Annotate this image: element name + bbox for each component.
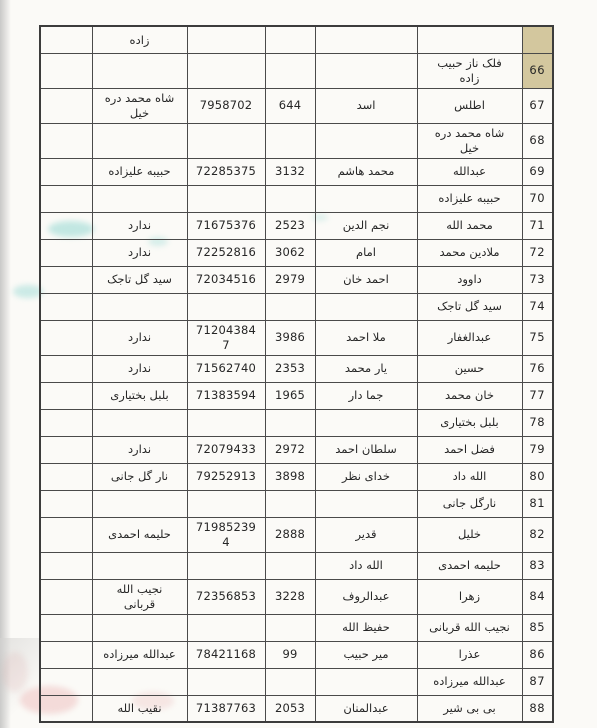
cell-empty-cell-86 (40, 641, 92, 668)
cell-name-primary-85: نجیب الله قربانی (417, 614, 522, 641)
cell-row-number-66: 66 (522, 53, 553, 88)
cell-phone-number-86: 78421168 (187, 641, 265, 668)
cell-id-number-75: 3986 (265, 320, 315, 355)
cell-row-number (522, 26, 553, 53)
cell-row-number-71: 71 (522, 212, 553, 239)
cell-phone-number-75: 71204384 7 (187, 320, 265, 355)
cell-phone-number-81 (187, 490, 265, 517)
cell-phone-number-72: 72252816 (187, 239, 265, 266)
cell-id-number-81 (265, 490, 315, 517)
cell-empty-cell-68 (40, 123, 92, 158)
table-row: 76حسینیار محمد235371562740ندارد (40, 355, 553, 382)
cell-reference-name-71: ندارد (92, 212, 187, 239)
cell-name-secondary-87 (315, 668, 417, 695)
cell-row-number-83: 83 (522, 552, 553, 579)
cell-empty-cell-82 (40, 517, 92, 552)
cell-row-number-69: 69 (522, 158, 553, 185)
scan-artifact-pink (2, 652, 28, 692)
table-row: 83حلیمه احمدیالله داد (40, 552, 553, 579)
cell-id-number-70 (265, 185, 315, 212)
cell-reference-name-74 (92, 293, 187, 320)
cell-id-number-83 (265, 552, 315, 579)
cell-reference-name-67: شاه محمد دره خیل (92, 88, 187, 123)
cell-reference-name-88: نقیب الله (92, 695, 187, 722)
cell-name-secondary-85: حفیظ الله (315, 614, 417, 641)
cell-empty-cell-74 (40, 293, 92, 320)
cell-reference-name-87 (92, 668, 187, 695)
cell-phone-number-77: 71383594 (187, 382, 265, 409)
cell-id-number-71: 2523 (265, 212, 315, 239)
cell-name-primary-70: حبیبه علیزاده (417, 185, 522, 212)
cell-reference-name-79: ندارد (92, 436, 187, 463)
cell-reference-name-69: حبیبه علیزاده (92, 158, 187, 185)
cell-name-primary-72: ملادین محمد (417, 239, 522, 266)
cell-id-number-85 (265, 614, 315, 641)
cell-id-number-69: 3132 (265, 158, 315, 185)
cell-id-number-76: 2353 (265, 355, 315, 382)
cell-phone-number-68 (187, 123, 265, 158)
cell-empty-cell-85 (40, 614, 92, 641)
cell-name-primary-68: شاه محمد دره خیل (417, 123, 522, 158)
cell-empty-cell-88 (40, 695, 92, 722)
cell-row-number-77: 77 (522, 382, 553, 409)
cell-reference-name-80: نار گل جانی (92, 463, 187, 490)
cell-row-number-75: 75 (522, 320, 553, 355)
table-row: 84زهراعبدالروف322872356853نجیب الله قربا… (40, 579, 553, 614)
cell-reference-name: زاده (92, 26, 187, 53)
records-table: زاده66فلک ناز حبیب زاده67اطلساسد64479587… (39, 25, 554, 723)
cell-empty-cell-87 (40, 668, 92, 695)
cell-row-number-87: 87 (522, 668, 553, 695)
cell-row-number-73: 73 (522, 266, 553, 293)
cell-phone-number-85 (187, 614, 265, 641)
table-row: 78بلبل بختیاری (40, 409, 553, 436)
cell-name-secondary-77: جما دار (315, 382, 417, 409)
cell-reference-name-86: عبدالله میرزاده (92, 641, 187, 668)
table-row: 71محمد اللهنجم الدین252371675376ندارد (40, 212, 553, 239)
cell-empty-cell-66 (40, 53, 92, 88)
cell-id-number-80: 3898 (265, 463, 315, 490)
table-row: 87عبدالله میرزاده (40, 668, 553, 695)
cell-empty-cell-78 (40, 409, 92, 436)
cell-empty-cell-81 (40, 490, 92, 517)
cell-name-secondary-67: اسد (315, 88, 417, 123)
cell-id-number-79: 2972 (265, 436, 315, 463)
cell-name-secondary-78 (315, 409, 417, 436)
cell-empty-cell (40, 26, 92, 53)
cell-empty-cell-75 (40, 320, 92, 355)
cell-id-number-88: 2053 (265, 695, 315, 722)
cell-reference-name-83 (92, 552, 187, 579)
cell-row-number-76: 76 (522, 355, 553, 382)
table-row: 81نارگل جانی (40, 490, 553, 517)
cell-name-primary-81: نارگل جانی (417, 490, 522, 517)
cell-name-secondary-70 (315, 185, 417, 212)
cell-row-number-74: 74 (522, 293, 553, 320)
cell-id-number-74 (265, 293, 315, 320)
cell-name-primary-87: عبدالله میرزاده (417, 668, 522, 695)
table-row: 82خلیلقدیر288871985239 4حلیمه احمدی (40, 517, 553, 552)
cell-phone-number-83 (187, 552, 265, 579)
cell-empty-cell-73 (40, 266, 92, 293)
cell-name-primary-83: حلیمه احمدی (417, 552, 522, 579)
table-row: 75عبدالغفارملا احمد398671204384 7ندارد (40, 320, 553, 355)
cell-phone-number-87 (187, 668, 265, 695)
cell-name-primary-78: بلبل بختیاری (417, 409, 522, 436)
cell-name-primary-69: عبدالله (417, 158, 522, 185)
cell-name-primary-66: فلک ناز حبیب زاده (417, 53, 522, 88)
cell-name-secondary-76: یار محمد (315, 355, 417, 382)
cell-name-primary-75: عبدالغفار (417, 320, 522, 355)
cell-reference-name-85 (92, 614, 187, 641)
cell-row-number-81: 81 (522, 490, 553, 517)
cell-reference-name-78 (92, 409, 187, 436)
cell-name-primary-88: بی بی شیر (417, 695, 522, 722)
table-row: 66فلک ناز حبیب زاده (40, 53, 553, 88)
cell-name-secondary-80: خدای نظر (315, 463, 417, 490)
cell-name-secondary-75: ملا احمد (315, 320, 417, 355)
cell-empty-cell-80 (40, 463, 92, 490)
cell-row-number-80: 80 (522, 463, 553, 490)
cell-phone-number-71: 71675376 (187, 212, 265, 239)
table-row: 77خان محمدجما دار196571383594بلبل بختیار… (40, 382, 553, 409)
cell-name-secondary (315, 26, 417, 53)
table-row: 73داووداحمد خان297972034516سید گل تاجک (40, 266, 553, 293)
cell-id-number-73: 2979 (265, 266, 315, 293)
cell-empty-cell-70 (40, 185, 92, 212)
cell-phone-number-79: 72079433 (187, 436, 265, 463)
table-row: 67اطلساسد6447958702شاه محمد دره خیل (40, 88, 553, 123)
cell-id-number (265, 26, 315, 53)
cell-reference-name-82: حلیمه احمدی (92, 517, 187, 552)
table-row: 86عذرامیر حبیب9978421168عبدالله میرزاده (40, 641, 553, 668)
cell-name-secondary-68 (315, 123, 417, 158)
table-row: 68شاه محمد دره خیل (40, 123, 553, 158)
cell-name-secondary-79: سلطان احمد (315, 436, 417, 463)
cell-id-number-66 (265, 53, 315, 88)
cell-reference-name-75: ندارد (92, 320, 187, 355)
cell-empty-cell-71 (40, 212, 92, 239)
page-edge-shadow (0, 0, 11, 728)
cell-reference-name-77: بلبل بختیاری (92, 382, 187, 409)
cell-phone-number-69: 72285375 (187, 158, 265, 185)
cell-name-primary-74: سید گل تاجک (417, 293, 522, 320)
cell-reference-name-76: ندارد (92, 355, 187, 382)
cell-name-secondary-74 (315, 293, 417, 320)
cell-id-number-84: 3228 (265, 579, 315, 614)
cell-phone-number-82: 71985239 4 (187, 517, 265, 552)
cell-name-primary-80: الله داد (417, 463, 522, 490)
cell-phone-number-66 (187, 53, 265, 88)
table-row: 74سید گل تاجک (40, 293, 553, 320)
cell-phone-number-78 (187, 409, 265, 436)
cell-phone-number-84: 72356853 (187, 579, 265, 614)
cell-phone-number-70 (187, 185, 265, 212)
table-row: 85نجیب الله قربانیحفیظ الله (40, 614, 553, 641)
cell-id-number-82: 2888 (265, 517, 315, 552)
table-row: 72ملادین محمدامام306272252816ندارد (40, 239, 553, 266)
cell-row-number-84: 84 (522, 579, 553, 614)
cell-row-number-79: 79 (522, 436, 553, 463)
cell-row-number-85: 85 (522, 614, 553, 641)
table-row: 88بی بی شیرعبدالمنان205371387763نقیب الل… (40, 695, 553, 722)
cell-phone-number-67: 7958702 (187, 88, 265, 123)
cell-name-secondary-72: امام (315, 239, 417, 266)
cell-empty-cell-76 (40, 355, 92, 382)
cell-empty-cell-84 (40, 579, 92, 614)
cell-id-number-68 (265, 123, 315, 158)
cell-row-number-88: 88 (522, 695, 553, 722)
cell-empty-cell-67 (40, 88, 92, 123)
cell-phone-number-73: 72034516 (187, 266, 265, 293)
cell-phone-number (187, 26, 265, 53)
cell-row-number-70: 70 (522, 185, 553, 212)
cell-id-number-86: 99 (265, 641, 315, 668)
cell-name-primary-76: حسین (417, 355, 522, 382)
cell-row-number-67: 67 (522, 88, 553, 123)
cell-row-number-82: 82 (522, 517, 553, 552)
cell-row-number-86: 86 (522, 641, 553, 668)
cell-name-primary-73: داوود (417, 266, 522, 293)
cell-name-secondary-84: عبدالروف (315, 579, 417, 614)
cell-empty-cell-72 (40, 239, 92, 266)
cell-row-number-68: 68 (522, 123, 553, 158)
cell-phone-number-88: 71387763 (187, 695, 265, 722)
cell-reference-name-70 (92, 185, 187, 212)
cell-reference-name-72: ندارد (92, 239, 187, 266)
cell-empty-cell-83 (40, 552, 92, 579)
table-row: 69عبداللهمحمد هاشم313272285375حبیبه علیز… (40, 158, 553, 185)
table-row: 79فضل احمدسلطان احمد297272079433ندارد (40, 436, 553, 463)
cell-name-primary-77: خان محمد (417, 382, 522, 409)
cell-name-primary-71: محمد الله (417, 212, 522, 239)
cell-name-secondary-66 (315, 53, 417, 88)
cell-name-secondary-82: قدیر (315, 517, 417, 552)
cell-reference-name-81 (92, 490, 187, 517)
cell-empty-cell-69 (40, 158, 92, 185)
cell-name-secondary-73: احمد خان (315, 266, 417, 293)
cell-phone-number-76: 71562740 (187, 355, 265, 382)
cell-reference-name-68 (92, 123, 187, 158)
cell-name-primary-84: زهرا (417, 579, 522, 614)
cell-name-secondary-86: میر حبیب (315, 641, 417, 668)
cell-id-number-77: 1965 (265, 382, 315, 409)
table-row-partial: زاده (40, 26, 553, 53)
cell-name-secondary-71: نجم الدین (315, 212, 417, 239)
cell-id-number-78 (265, 409, 315, 436)
cell-empty-cell-77 (40, 382, 92, 409)
cell-name-primary-82: خلیل (417, 517, 522, 552)
cell-name-secondary-81 (315, 490, 417, 517)
cell-id-number-67: 644 (265, 88, 315, 123)
cell-phone-number-80: 79252913 (187, 463, 265, 490)
cell-id-number-87 (265, 668, 315, 695)
cell-name-secondary-69: محمد هاشم (315, 158, 417, 185)
cell-id-number-72: 3062 (265, 239, 315, 266)
table-row: 70حبیبه علیزاده (40, 185, 553, 212)
cell-row-number-72: 72 (522, 239, 553, 266)
records-table-body: زاده66فلک ناز حبیب زاده67اطلساسد64479587… (40, 26, 553, 722)
cell-reference-name-84: نجیب الله قربانی (92, 579, 187, 614)
cell-name-secondary-83: الله داد (315, 552, 417, 579)
cell-name-primary (417, 26, 522, 53)
scanned-page: زاده66فلک ناز حبیب زاده67اطلساسد64479587… (0, 0, 597, 728)
cell-name-primary-86: عذرا (417, 641, 522, 668)
table-row: 80الله دادخدای نظر389879252913نار گل جان… (40, 463, 553, 490)
cell-reference-name-66 (92, 53, 187, 88)
cell-empty-cell-79 (40, 436, 92, 463)
cell-phone-number-74 (187, 293, 265, 320)
cell-name-primary-67: اطلس (417, 88, 522, 123)
cell-row-number-78: 78 (522, 409, 553, 436)
cell-name-secondary-88: عبدالمنان (315, 695, 417, 722)
cell-reference-name-73: سید گل تاجک (92, 266, 187, 293)
cell-name-primary-79: فضل احمد (417, 436, 522, 463)
